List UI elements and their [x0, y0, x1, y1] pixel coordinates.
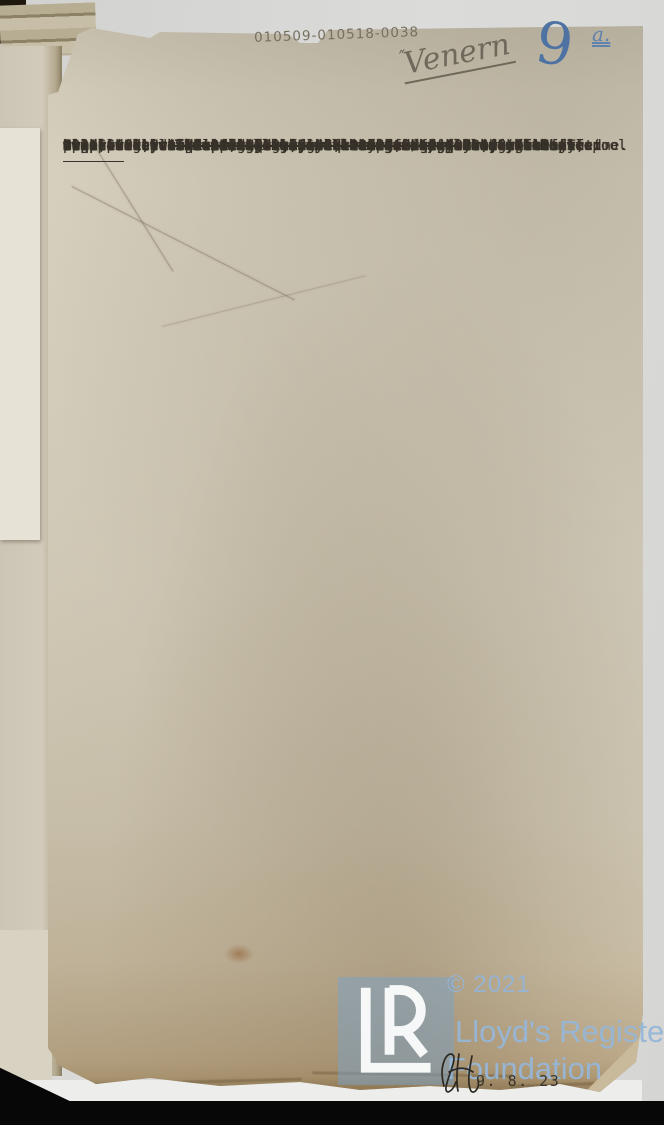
- underlying-page: [0, 930, 52, 1080]
- watermark-name-line1: Lloyd's Register: [455, 1014, 664, 1050]
- date-stamp: 9. 8. 23: [476, 1072, 560, 1090]
- background-shadow: [0, 1101, 664, 1125]
- document-photo: Steel Screw 4-Masted Steamer "CHLORIS"; …: [0, 0, 664, 1125]
- page-number-suffix: a.: [592, 22, 610, 46]
- watermark-copyright: © 2021: [447, 971, 531, 999]
- paper-crease: [93, 144, 173, 272]
- paper-crease: [72, 186, 295, 300]
- underlying-page: [0, 128, 40, 540]
- document-page: [12, 26, 643, 1102]
- typed-line: mentioned being carried out at the first…: [63, 132, 524, 160]
- paper-stain: [224, 944, 254, 964]
